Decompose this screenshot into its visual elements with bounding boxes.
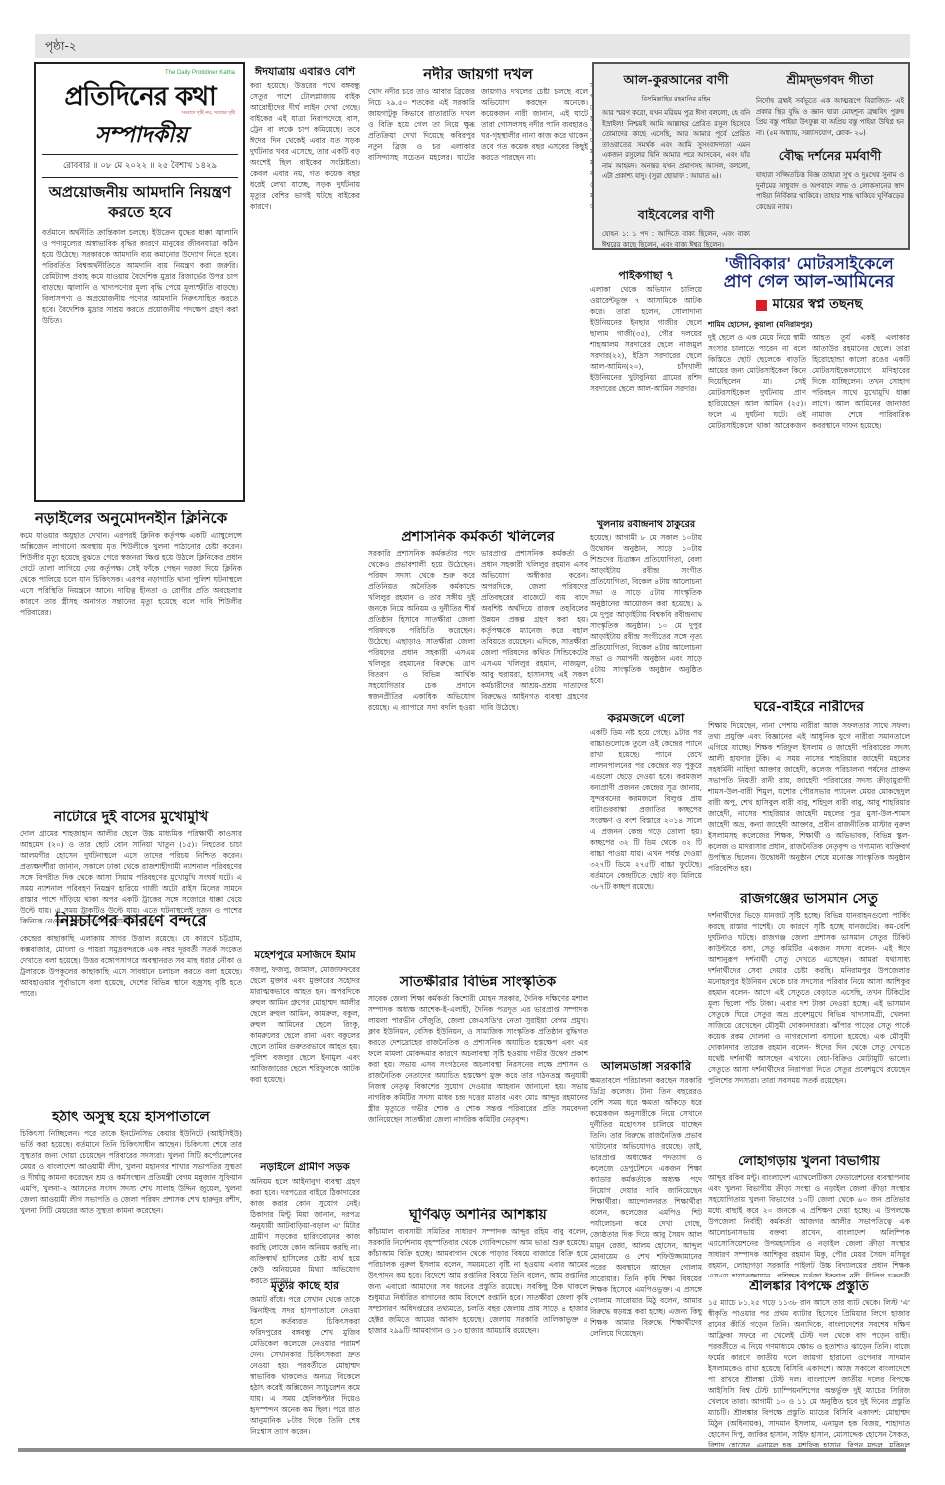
headline-line-2: প্রাণ গেল আল-আমিনের [708, 273, 910, 293]
red-square-icon [756, 300, 767, 311]
quran-quote: আল-কুরআনের বাণী বিসমিল্লাহির রহমানির রহি… [602, 72, 750, 250]
headline: সাতক্ষীরার বিভিন্ন সাংস্কৃতিক [368, 975, 588, 990]
article-cyclone: ঘূর্ণিঝড় অশনির আশঙ্কায় কাঁচামাল ব্যবসা… [368, 1208, 588, 1446]
article-karamjal: করমজলে এলো একটি ডিম নষ্ট হয়ে গেছে। ৯টার… [590, 712, 702, 1067]
article-body: কাঁচামাল ব্যবসায়ী সমিতির সাধারণ সম্পাদক… [368, 1226, 588, 1446]
buddha-body: যাহারা সজ্জিতচিত্ত বিজ্ঞ তাহারা সুখ ও দু… [756, 170, 904, 212]
headline: করমজলে এলো [590, 712, 702, 725]
article-body: অনিয়ম হলে আইনানুগ ব্যবস্থা গ্রহণ করা হব… [250, 1176, 360, 1286]
article-satkhira-culture: সাতক্ষীরার বিভিন্ন সাংস্কৃতিক সাবেক জেলা… [368, 975, 588, 1201]
headline: পাইকগাছা ৭ [590, 270, 702, 282]
headline: খুলনায় রবীন্দ্রনাথ ঠাকুরের [590, 520, 702, 530]
headline: মৃত্যুর কাছে হার [250, 1280, 360, 1292]
article-rajganj-bridge: রাজগঞ্জের ভাসমান সেতু দর্শনার্থীদের ভিড়… [708, 892, 910, 1165]
headline: নড়াইলে গ্রামীণ সড়ক [250, 1162, 360, 1174]
article-body: দর্শনার্থীদের ভিড়ে যানজট সৃষ্টি হচ্ছে। … [708, 910, 910, 1165]
headline: আলমডাঙ্গা সরকারি [590, 1060, 702, 1073]
headline: হঠাৎ অসুস্থ হয়ে হাসপাতালে [20, 1110, 242, 1125]
brand-tagline: সংবাদে দৃষ্টি নয়, সত্যের দৃষ্টি [182, 110, 235, 118]
article-women-body: শিক্ষায় দিয়েছেন, নানা পেশায় নারীরা আজ… [708, 720, 910, 890]
editorial-headline: অপ্রয়োজনীয় আমদানি নিয়ন্ত্রণ করতে হবে [42, 182, 238, 222]
article-body: চিকিৎসা নিচ্ছিলেন। পরে তাকে ইনটেনসিভ কেয… [20, 1128, 242, 1443]
headline: ঈদযাত্রায় এবারও বেশি [250, 66, 360, 78]
bible-title: বাইবেলের বাণী [602, 207, 750, 227]
article-body: করা হয়েছে। উত্তরের পথে বঙ্গবন্ধু সেতুর … [250, 80, 360, 980]
byline: শামিম হোসেন, কুয়ালা (মনিরামপুর) [708, 320, 910, 332]
article-body: সাবেক জেলা শিক্ষা কর্মকর্তা কিশোরী মোহন … [368, 993, 588, 1201]
quran-body: আর স্মরণ করো, যখন মরিয়ম পুত্র ঈসা বললো,… [602, 108, 750, 203]
quran-title: আল-কুরআনের বাণী [602, 72, 750, 92]
article-hospital: হঠাৎ অসুস্থ হয়ে হাসপাতালে চিকিৎসা নিচ্ছ… [20, 1110, 242, 1443]
buddha-title: বৌদ্ধ দর্শনের মর্মবাণী [756, 148, 904, 168]
headline: রাজগঞ্জের ভাসমান সেতু [708, 892, 910, 907]
article-body: কমে যাওয়ার অযুহাত দেখান। এরপরই ক্লিনিক … [20, 530, 242, 810]
article-body: সরকারি প্রশাসনিক কর্মকর্তার পদে থেকেও প্… [368, 548, 588, 938]
article-natore-bus: নাটোরে দুই বাসের মুখোমুখি দোল গ্রামের শা… [20, 810, 242, 923]
article-women-outside: ঘরে-বাইরে নারীদের [708, 700, 910, 715]
article-narail-clinic: নড়াইলের অনুমোদনহীন ক্লিনিকে কমে যাওয়ার… [20, 510, 242, 810]
date-line: রোববার ॥ ০৮ মে ২০২২ ॥ ২৫ বৈশাখ ১৪২৯ [42, 154, 238, 178]
gita-title: শ্রীমদ্‌ভগবদ গীতা [756, 72, 904, 92]
headline: নদীর জায়গা দখল [368, 66, 588, 83]
article-body: কেন্দ্রের কাছাকাছি এলাকায় সাগর উত্তাল র… [20, 933, 242, 1103]
gita-body: নির্দোষ ব্রহ্মই সর্বভূতে এক আত্মরূপে বির… [756, 96, 904, 138]
section-title: সম্পাদকীয় [56, 118, 226, 155]
article-narail-road: নড়াইলে গ্রামীণ সড়ক অনিয়ম হলে আইনানুগ … [250, 1162, 360, 1286]
article-admin-officer: প্রশাসনিক কর্মকর্তা খলিলের সরকারি প্রশাস… [368, 530, 588, 938]
article-body: দুই ছেলে ও এক মেয়ে নিয়ে স্বামী সংসার চ… [708, 332, 910, 662]
headline: প্রশাসনিক কর্মকর্তা খলিলের [368, 530, 588, 545]
headline: ঘরে-বাইরে নারীদের [708, 700, 910, 715]
article-eid-journey: ঈদযাত্রায় এবারও বেশি করা হয়েছে। উত্তরে… [250, 66, 360, 980]
article-paikgachha: পাইকগাছা ৭ এলাকা থেকে অভিযান চালিয়ে ওয়… [590, 270, 702, 524]
article-alamin-motorcycle: 'জীবিকার' মোটরসাইকেলে প্রাণ গেল আল-আমিনে… [708, 255, 910, 662]
article-khulna-tagore: খুলনায় রবীন্দ্রনাথ ঠাকুরের হয়েছে। আগাম… [590, 520, 702, 712]
article-body: ১৫ ম্যাচে ৮১.২৫ গড়ে ১১৩৮ রান আসে তার ব্… [708, 1297, 910, 1447]
article-low-pressure: নিম্নচাপের কারণে বন্দরে কেন্দ্রের কাছাকা… [20, 912, 242, 1103]
editorial-body: বর্তমানে অর্থনীতি ক্রান্তিকাল চলছে। ইউক্… [42, 227, 238, 497]
article-mahespur-imam: মহেশপুরে মসজিদে ইমাম বজলু, ফজলু, জামাল, … [250, 950, 360, 1114]
headline: শ্রীলঙ্কার বিপক্ষে প্রস্তুতি [708, 1280, 910, 1294]
headline: নড়াইলের অনুমোদনহীন ক্লিনিকে [20, 510, 242, 527]
article-body: জমাট বাঁধে। পরে সেখান থেকে তাকে ঝিনাইদহ … [250, 1294, 360, 1444]
article-body: একটি ডিম নষ্ট হয়ে গেছে। ৯টার পর বাচ্চাগ… [590, 727, 702, 1067]
article-death: মৃত্যুর কাছে হার জমাট বাঁধে। পরে সেখান থ… [250, 1280, 360, 1444]
headline-line-1: 'জীবিকার' মোটরসাইকেলে [708, 255, 910, 273]
bottom-rule [18, 1448, 906, 1452]
quran-subtitle: বিসমিল্লাহির রহমানির রহিম [602, 94, 750, 105]
masthead-editorial-box: The Daily Protidiner Katha প্রতিদিনের কথ… [34, 62, 245, 502]
article-body: আব্দুর রকিব মন্টু। বাংলাদেশ এ্যাথলেটিকস … [708, 1172, 910, 1277]
headline: নাটোরে দুই বাসের মুখোমুখি [20, 810, 242, 825]
article-alamdanga: আলমডাঙ্গা সরকারি ক্ষমতাবলে পরিচালনা করছে… [590, 1060, 702, 1445]
article-body: খোদ নদীর চরে তাও আবার ব্রিজের নিচে ২৯.৫০… [368, 86, 588, 526]
article-body: বজলু, ফজলু, জামাল, মোজাফফরের ছেলে মুক্তা… [250, 964, 360, 1114]
article-sri-lanka: শ্রীলঙ্কার বিপক্ষে প্রস্তুতি ১৫ ম্যাচে ৮… [708, 1280, 910, 1447]
page-number: পৃষ্ঠা-২ [45, 38, 77, 58]
page-number-bar: পৃষ্ঠা-২ [35, 34, 910, 58]
article-body: দোল গ্রামের শাহজাহান আলীর ছেলে উচ্চ মাধ্… [20, 828, 242, 923]
religious-quotes-box: আল-কুরআনের বাণী বিসমিল্লাহির রহমানির রহি… [592, 62, 910, 250]
bible-body: যোহন ১: ১ পদ : আদিতে বাক্য ছিলেন, এবং বা… [602, 229, 750, 250]
article-body: ক্ষমতাবলে পরিচালনা করছেন সরকারি ডিগ্রি ক… [590, 1075, 702, 1445]
article-body: এলাকা থেকে অভিযান চালিয়ে ওয়ারেন্টভুক্ত… [590, 284, 702, 524]
headline: মহেশপুরে মসজিদে ইমাম [250, 950, 360, 962]
headline: ঘূর্ণিঝড় অশনির আশঙ্কায় [368, 1208, 588, 1223]
headline: নিম্নচাপের কারণে বন্দরে [20, 912, 242, 930]
article-body: হয়েছে। আগামী ৮ মে সকাল ১০টায় উদ্বোধন অ… [590, 532, 702, 712]
article-river-land: নদীর জায়গা দখল খোদ নদীর চরে তাও আবার ব্… [368, 66, 588, 526]
article-lohagara-khulna: লোহাগড়ায় খুলনা বিভাগীয় আব্দুর রকিব মন… [708, 1155, 910, 1277]
kicker-text: মায়ের স্বপ্ন তছনছ [773, 295, 863, 316]
headline: লোহাগড়ায় খুলনা বিভাগীয় [708, 1155, 910, 1169]
gita-buddha-quotes: শ্রীমদ্‌ভগবদ গীতা নির্দোষ ব্রহ্মই সর্বভূ… [756, 72, 904, 212]
kicker: মায়ের স্বপ্ন তছনছ [708, 295, 910, 316]
